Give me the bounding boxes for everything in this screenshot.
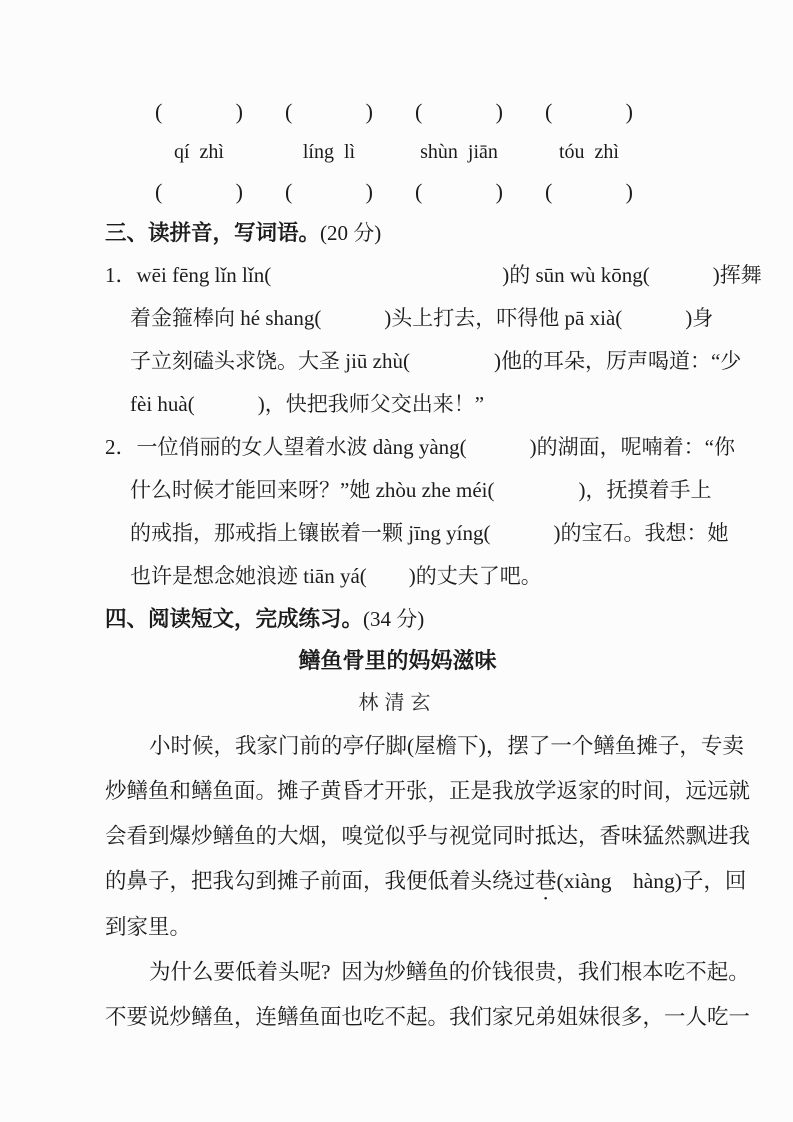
para2-line-1: 为什么要低着头呢? 因为炒鳝鱼的价钱很贵，我们根本吃不起。: [105, 950, 690, 995]
section-three-item-1: 1．wēi fēng lǐn lǐn( )的 sūn wù kōng( )挥舞 …: [105, 254, 690, 426]
para2-line-2: 不要说炒鳝鱼，连鳝鱼面也吃不起。我们家兄弟姐妹很多，一人吃一: [105, 995, 690, 1040]
item2-line-1: 2．一位俏丽的女人望着水波 dàng yàng( )的湖面，呢喃着：“你: [105, 426, 690, 469]
answer-blank-parens: (): [545, 99, 633, 125]
paren-close: ): [366, 179, 373, 205]
para1-line-4-text-end: (xiàng hàng)子，回: [557, 869, 747, 893]
passage-title: 鳝鱼骨里的妈妈滋味: [105, 640, 690, 682]
paren-close: ): [626, 179, 633, 205]
section-three-heading-text: 三、读拼音，写词语。: [105, 221, 320, 245]
para1-line-5: 到家里。: [105, 905, 690, 950]
answer-blank-parens: (): [155, 99, 243, 125]
item1-line-4: fèi huà( )，快把我师父交出来！”: [105, 383, 690, 426]
para1-line-4: 的鼻子，把我勾到摊子前面，我便低着头绕过巷(xiàng hàng)子，回: [105, 859, 690, 905]
item1-line-3: 子立刻磕头求饶。大圣 jiū zhù( )他的耳朵，厉声喝道：“少: [105, 340, 690, 383]
paren-close: ): [366, 99, 373, 125]
item1-line-1: 1．wēi fēng lǐn lǐn( )的 sūn wù kōng( )挥舞: [105, 254, 690, 297]
section-three-heading: 三、读拼音，写词语。(20 分): [105, 212, 690, 254]
paren-open: (: [415, 99, 422, 125]
pinyin-word: tóu zhì: [545, 141, 633, 164]
answer-blank-parens: (): [285, 99, 373, 125]
paren-open: (: [545, 179, 552, 205]
paren-close: ): [496, 179, 503, 205]
pinyin-word: líng lì: [285, 141, 373, 164]
answer-blank-parens: (): [545, 179, 633, 205]
passage-author: 林清玄: [105, 682, 690, 724]
paren-open: (: [415, 179, 422, 205]
paren-close: ): [236, 179, 243, 205]
answer-blank-parens: (): [285, 179, 373, 205]
reading-passage: 鳝鱼骨里的妈妈滋味 林清玄 小时候，我家门前的亭仔脚(屋檐下)，摆了一个鳝鱼摊子…: [105, 640, 690, 1040]
answer-blank-parens: (): [415, 99, 503, 125]
paren-open: (: [285, 179, 292, 205]
item2-line-2: 什么时候才能回来呀？”她 zhòu zhe méi( )，抚摸着手上: [105, 469, 690, 512]
para1-line-1: 小时候，我家门前的亭仔脚(屋檐下)，摆了一个鳝鱼摊子，专卖: [105, 724, 690, 769]
answer-paren-row-bottom: () () () (): [155, 172, 690, 212]
para1-line-4-text: 的鼻子，把我勾到摊子前面，我便低着头绕过: [105, 869, 535, 893]
section-three-score: (20 分): [320, 221, 381, 245]
section-four-heading: 四、阅读短文，完成练习。(34 分): [105, 598, 690, 640]
section-four-heading-text: 四、阅读短文，完成练习。: [105, 607, 363, 631]
paren-open: (: [285, 99, 292, 125]
answer-paren-row-top: () () () (): [155, 92, 690, 132]
paren-close: ): [626, 99, 633, 125]
pinyin-word-row: qí zhì líng lì shùn jiān tóu zhì: [155, 132, 690, 172]
paren-open: (: [545, 99, 552, 125]
answer-blank-parens: (): [155, 179, 243, 205]
paren-open: (: [155, 99, 162, 125]
worksheet-page: () () () () qí zhì líng lì shùn jiān tóu…: [0, 0, 793, 1122]
answer-blank-parens: (): [415, 179, 503, 205]
pinyin-word: shùn jiān: [415, 141, 503, 164]
para1-line-3: 会看到爆炒鳝鱼的大烟，嗅觉似乎与视觉同时抵达，香味猛然飘进我: [105, 814, 690, 859]
pinyin-word: qí zhì: [155, 141, 243, 164]
emphasized-char: 巷: [535, 869, 557, 893]
paren-open: (: [155, 179, 162, 205]
section-four-score: (34 分): [363, 607, 424, 631]
section-three-item-2: 2．一位俏丽的女人望着水波 dàng yàng( )的湖面，呢喃着：“你 什么时…: [105, 426, 690, 598]
paren-close: ): [496, 99, 503, 125]
item2-line-3: 的戒指，那戒指上镶嵌着一颗 jīng yíng( )的宝石。我想：她: [105, 512, 690, 555]
item1-line-2: 着金箍棒向 hé shang( )头上打去，吓得他 pā xià( )身: [105, 297, 690, 340]
para1-line-2: 炒鳝鱼和鳝鱼面。摊子黄昏才开张，正是我放学返家的时间，远远就: [105, 769, 690, 814]
paren-close: ): [236, 99, 243, 125]
item2-line-4: 也许是想念她浪迹 tiān yá( )的丈夫了吧。: [105, 555, 690, 598]
